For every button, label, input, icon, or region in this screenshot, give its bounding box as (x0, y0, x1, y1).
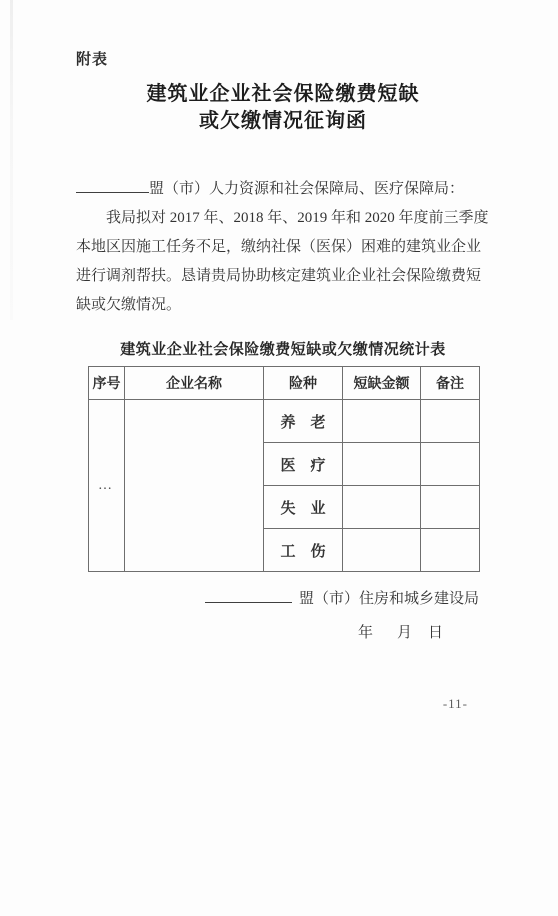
salutation-line: 盟（市）人力资源和社会保障局、医疗保障局： (76, 175, 490, 204)
table-title: 建筑业企业社会保险缴费短缺或欠缴情况统计表 (76, 342, 490, 358)
shortfall-amount-cell (343, 529, 421, 572)
date-label-month: 月 (397, 625, 412, 641)
note-cell (421, 400, 480, 443)
salutation-text: 盟（市）人力资源和社会保障局、医疗保障局： (149, 181, 464, 197)
date-label-day: 日 (428, 625, 443, 641)
paragraph-line: 本地区因施工任务不足，缴纳社保（医保）困难的建筑业企业 (76, 233, 490, 262)
signature-agency: 盟（市）住房和城乡建设局 (299, 591, 479, 607)
date-line: 年月日 (76, 622, 490, 644)
column-header-insurance-type: 险种 (264, 367, 343, 400)
document-page: 附表 建筑业企业社会保险缴费短缺 或欠缴情况征询函 盟（市）人力资源和社会保障局… (0, 0, 558, 916)
document-content: 附表 建筑业企业社会保险缴费短缺 或欠缴情况征询函 盟（市）人力资源和社会保障局… (0, 0, 558, 712)
paragraph-line: 缺或欠缴情况。 (76, 291, 490, 320)
attachment-label: 附表 (76, 48, 490, 69)
document-title-line-1: 建筑业企业社会保险缴费短缺 (76, 81, 490, 108)
insurance-type-cell: 医 疗 (264, 443, 343, 486)
signature-line: 盟（市）住房和城乡建设局 (76, 588, 490, 610)
document-title: 建筑业企业社会保险缴费短缺 或欠缴情况征询函 (76, 81, 490, 135)
serial-cell: … (89, 400, 125, 572)
column-header-serial: 序号 (89, 367, 125, 400)
insurance-type-cell: 失 业 (264, 486, 343, 529)
column-header-shortfall-amount: 短缺金额 (343, 367, 421, 400)
shortfall-amount-cell (343, 486, 421, 529)
insurance-shortfall-table: 序号 企业名称 险种 短缺金额 备注 … 养 老 医 疗 (88, 366, 480, 572)
date-label-year: 年 (358, 625, 373, 641)
page-number: -11- (76, 696, 490, 712)
signature-blank-underline (205, 590, 292, 603)
letter-body: 盟（市）人力资源和社会保障局、医疗保障局： 我局拟对 2017 年、2018 年… (76, 175, 490, 320)
table-header-row: 序号 企业名称 险种 短缺金额 备注 (89, 367, 480, 400)
document-title-line-2: 或欠缴情况征询函 (76, 108, 490, 135)
shortfall-amount-cell (343, 400, 421, 443)
note-cell (421, 443, 480, 486)
column-header-company-name: 企业名称 (125, 367, 264, 400)
paragraph-line: 进行调剂帮扶。恳请贵局协助核定建筑业企业社会保险缴费短 (76, 262, 490, 291)
company-name-cell (125, 400, 264, 572)
recipient-blank-underline (76, 179, 149, 193)
insurance-type-cell: 养 老 (264, 400, 343, 443)
note-cell (421, 529, 480, 572)
note-cell (421, 486, 480, 529)
insurance-type-cell: 工 伤 (264, 529, 343, 572)
table-row: … 养 老 (89, 400, 480, 443)
paragraph-line: 我局拟对 2017 年、2018 年、2019 年和 2020 年度前三季度 (76, 204, 490, 233)
shortfall-amount-cell (343, 443, 421, 486)
column-header-note: 备注 (421, 367, 480, 400)
